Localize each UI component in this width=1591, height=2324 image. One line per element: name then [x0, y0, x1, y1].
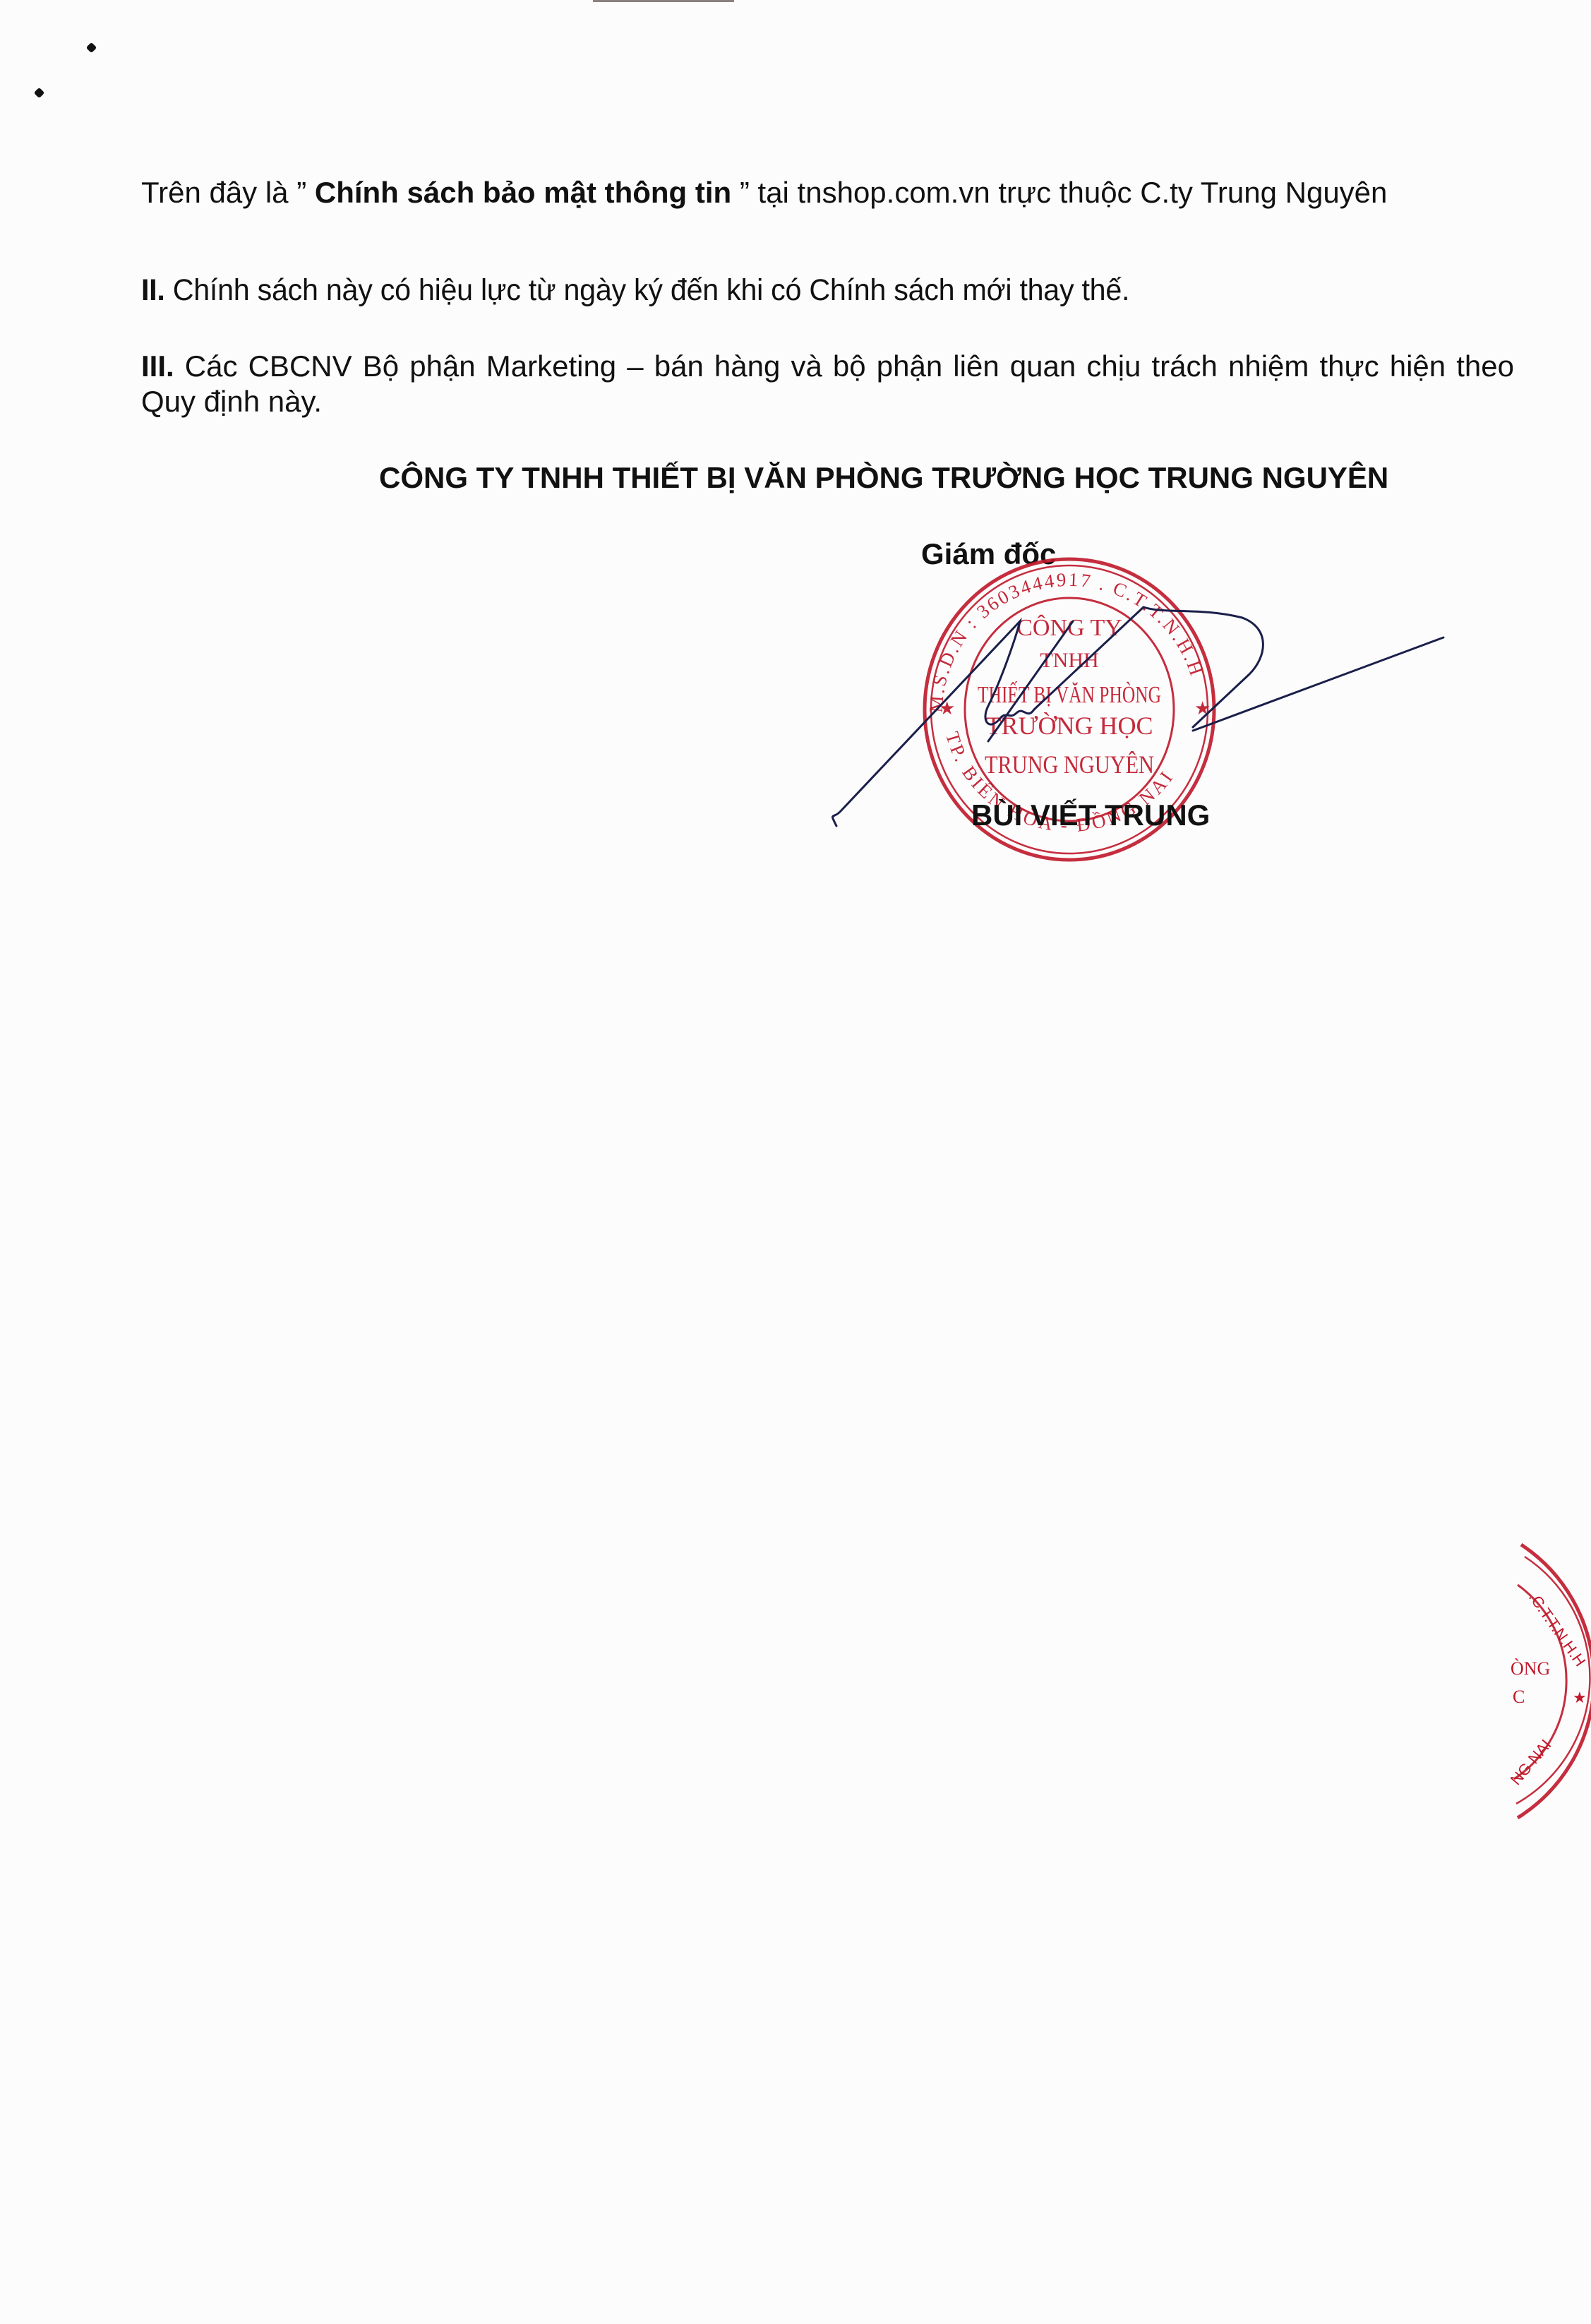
- company-stamp: M.S.D.N : 3603444917 . C.T.T.N.H.H TP. B…: [0, 0, 1591, 2324]
- signer-name: BÙI VIẾT TRUNG: [971, 798, 1210, 833]
- partial-stamp-star-icon: ★: [1573, 1689, 1587, 1706]
- stamp-line-2: TNHH: [1040, 649, 1098, 672]
- stamp-star-icon: ★: [1194, 698, 1211, 719]
- partial-stamp-fragment-2: C: [1513, 1687, 1525, 1707]
- partial-stamp-ring-top: .C.T.T.N.H.H: [1525, 1589, 1590, 1670]
- stamp-star-icon: ★: [939, 698, 955, 719]
- stamp-line-5: TRUNG NGUYÊN: [985, 750, 1154, 779]
- stamp-line-3: THIẾT BỊ VĂN PHÒNG: [978, 681, 1161, 708]
- partial-stamp-fragment-1: ÒNG: [1511, 1658, 1550, 1679]
